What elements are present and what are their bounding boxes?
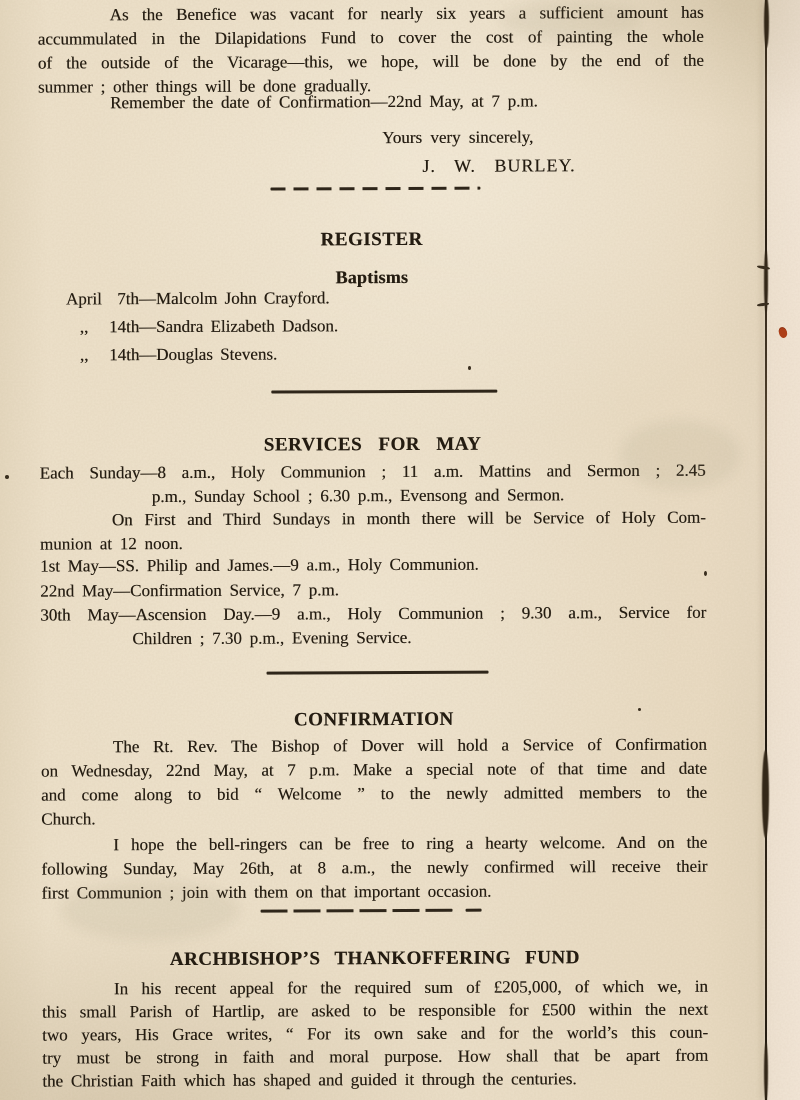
register-heading: REGISTER [39,227,705,254]
services-heading: SERVICES FOR MAY [39,432,705,459]
show-through-smudge [60,880,240,940]
fold-crease-blob [762,750,769,838]
baptism-day: 14th [109,341,139,369]
confirmation-paragraph: The Rt. Rev. The Bishop of Dover will ho… [41,733,707,832]
text-line: In his recent appeal for the required su… [42,975,708,1001]
service-item: 1st May—SS. Philip and James.—9 a.m., Ho… [40,552,706,579]
show-through-smudge [500,0,640,40]
section-divider-rule [466,909,482,912]
section-divider-rule [261,909,453,912]
fold-crease-blob [764,0,769,48]
baptisms-list: April7th—Malcolm John Crayford. ,,14th—S… [39,283,705,370]
signature: J. W. BURLEY. [422,154,575,177]
text-line: 1st May—SS. Philip and James.—9 a.m., Ho… [40,552,706,579]
text-line: following Sunday, May 26th, at 8 a.m., t… [41,855,707,882]
service-item: Each Sunday—8 a.m., Holy Communion ; 11 … [40,459,706,510]
show-through-smudge [620,420,740,490]
section-divider-rule [267,671,489,674]
text-line: the Christian Faith which has shaped and… [42,1067,708,1093]
text-line: this small Parish of Hartlip, are asked … [42,998,708,1024]
ink-speck [638,708,641,711]
fold-crease-blob [764,1042,768,1100]
text-line: two years, His Grace writes, “ For its o… [42,1021,708,1047]
confirmation-heading: CONFIRMATION [41,707,707,734]
baptism-day: 7th [109,285,139,313]
text-line: Each Sunday—8 a.m., Holy Communion ; 11 … [40,459,706,486]
valediction: Yours very sincerely, [382,126,533,149]
baptism-month: April [59,285,109,313]
text-line: Remember the date of Confirmation—22nd M… [38,89,704,116]
baptism-month: ,, [59,341,109,369]
baptism-entry: ,,14th—Douglas Stevens. [39,339,705,370]
text-line: 30th May—Ascension Day.—9 a.m., Holy Com… [40,601,706,628]
text-line: 22nd May—Confirmation Service, 7 p.m. [40,577,706,604]
service-item: On First and Third Sundays in month ther… [40,506,706,557]
ink-speck [704,571,707,576]
fund-paragraph: In his recent appeal for the required su… [42,975,708,1093]
baptism-name: —Sandra Elizabeth Dadson. [139,312,338,341]
section-divider-rule [271,390,497,393]
baptism-day: 14th [109,313,139,341]
text-line: On First and Third Sundays in month ther… [40,506,706,533]
ink-speck [5,475,9,479]
baptism-name: —Malcolm John Crayford. [139,284,330,313]
service-item: 30th May—Ascension Day.—9 a.m., Holy Com… [40,601,706,652]
text-line: on Wednesday, 22nd May, at 7 p.m. Make a… [41,757,707,784]
section-divider-rule [270,187,480,190]
baptism-month: ,, [59,313,109,341]
text-line: try must be strong in faith and moral pu… [42,1044,708,1070]
text-line: of the outside of the Vicarage—this, we … [38,49,704,76]
text-line: and come along to bid “ Welcome ” to the… [41,781,707,808]
service-item: 22nd May—Confirmation Service, 7 p.m. [40,577,706,604]
fund-heading: ARCHBISHOP’S THANKOFFERING FUND [42,946,708,973]
fold-crease-line [765,0,767,1100]
text-line: The Rt. Rev. The Bishop of Dover will ho… [41,733,707,760]
baptism-entry: ,,14th—Sandra Elizabeth Dadson. [39,311,705,342]
baptism-name: —Douglas Stevens. [139,341,277,370]
scanned-parish-magazine-page: As the Benefice was vacant for nearly si… [0,0,800,1100]
baptism-entry: April7th—Malcolm John Crayford. [39,283,705,314]
text-line: Church. [41,805,707,832]
text-line: I hope the bell-ringers can be free to r… [41,831,707,858]
text-line: Children ; 7.30 p.m., Evening Service. [40,625,706,652]
ink-speck [468,366,471,370]
confirmation-reminder-line: Remember the date of Confirmation—22nd M… [38,89,704,116]
